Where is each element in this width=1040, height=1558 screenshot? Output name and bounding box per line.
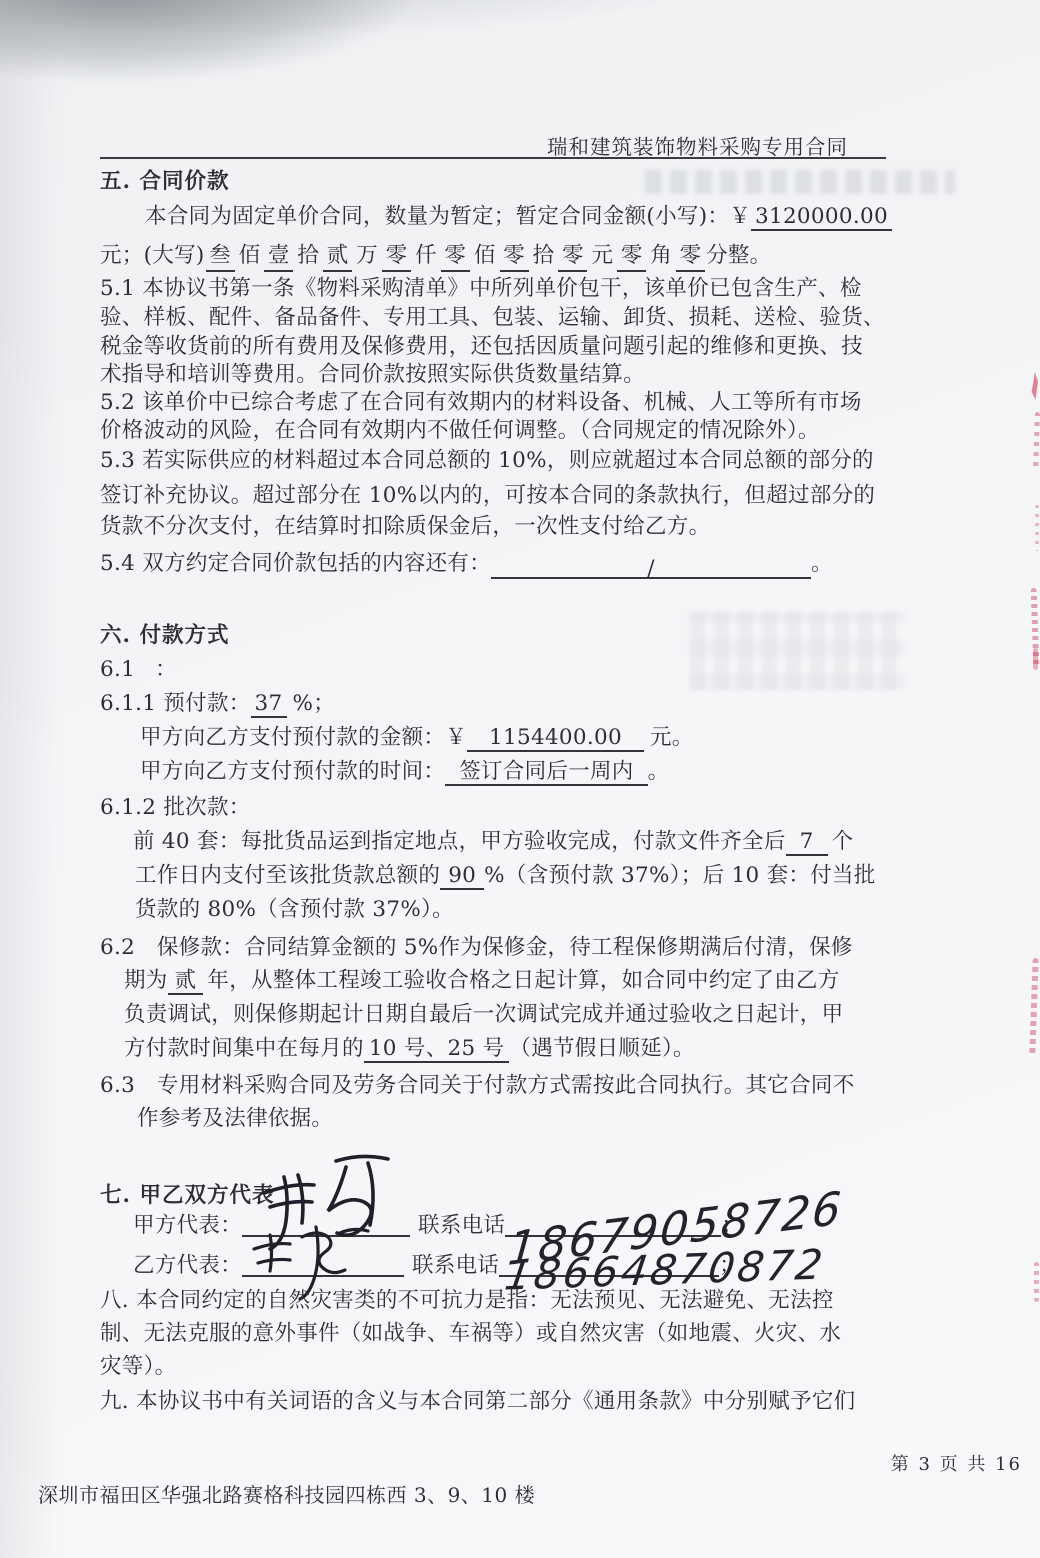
intro-text: 本合同为固定单价合同，数量为暂定；暂定合同金额(小写)： <box>145 204 729 229</box>
batch-text: 工作日内支付至该批货款总额的 <box>135 863 440 888</box>
party-a-phone-field: 18679058726 <box>505 1212 721 1237</box>
batch-text: 货款的 80%（含预付款 37%）。 <box>135 897 454 922</box>
page-number: 第 3 页 共 16 <box>0 1450 1022 1476</box>
period: 。 <box>648 759 670 784</box>
red-edge-mark <box>1030 372 1038 400</box>
prepay-time-label: 甲方向乙方支付预付款的时间： <box>140 759 445 784</box>
caps-unit: 元 <box>591 241 613 270</box>
caps-unit: 佰 <box>239 241 261 270</box>
caps-digit: 零 <box>500 241 529 272</box>
clause-5-1-line-3: 税金等收货前的所有费用及保修费用，还包括因质量问题引起的维修和更换、技 <box>100 332 900 361</box>
clause-5-4-line: 5.4 双方约定合同价款包括的内容还有：/。 <box>100 549 900 579</box>
period: 。 <box>811 551 833 576</box>
blank-field: / <box>491 554 811 579</box>
caps-unit: 万 <box>356 241 378 270</box>
clause-8-line-2: 制、无法克服的意外事件（如战争、车祸等）或自然灾害（如地震、火灾、水 <box>100 1319 900 1348</box>
batch-percent-value: 90 <box>440 863 484 890</box>
red-edge-mark <box>1033 412 1040 472</box>
prepay-amount-unit: 元。 <box>650 725 694 750</box>
red-edge-mark <box>1033 648 1038 670</box>
caps-unit: 拾 <box>297 241 319 270</box>
party-b-phone-label: 联系电话 <box>412 1253 499 1278</box>
warranty-text: 方付款时间集中在每月的 <box>124 1036 364 1061</box>
caps-digit: 零 <box>617 241 646 272</box>
prepay-time-line: 甲方向乙方支付预付款的时间：签订合同后一周内。 <box>100 757 900 786</box>
clause-5-2-line-2: 价格波动的风险，在合同有效期内不做任何调整。（合同规定的情况除外）。 <box>100 416 900 445</box>
caps-digit: 贰 <box>323 241 352 272</box>
clause-6-1-1-line: 6.1.1 预付款：37%； <box>100 689 900 718</box>
header-divider-line <box>100 157 886 159</box>
scanned-contract-page: 瑞和建筑装饰物料采购专用合同 五. 合同价款 本合同为固定单价合同，数量为暂定；… <box>0 0 1040 1558</box>
caps-digit: 叁 <box>206 241 235 272</box>
batch-text: 前 40 套：每批货品运到指定地点，甲方验收完成，付款文件齐全后 <box>133 829 786 854</box>
red-edge-mark <box>1031 588 1040 666</box>
footer-address: 深圳市福田区华强北路赛格科技园四栋西 3、9、10 楼 <box>38 1479 535 1508</box>
batch-payment-line-3: 货款的 80%（含预付款 37%）。 <box>100 895 900 924</box>
contract-amount-numeric: 3120000.00 <box>751 204 892 231</box>
party-b-phone-handwritten: 18664870872 <box>503 1250 827 1290</box>
clause-6-2-line-3: 负责调试，则保修期起计日期自最后一次调试完成并通过验收之日起计，甲 <box>100 1000 900 1029</box>
clause-6-3-line-1: 6.3 专用材料采购合同及劳务合同关于付款方式需按此合同执行。其它合同不 <box>100 1071 900 1100</box>
clause-number: 6.1 <box>100 657 135 682</box>
batch-unit: 个 <box>832 829 854 854</box>
party-b-phone-field: 18664870872 <box>499 1252 719 1277</box>
prepay-amount-line: 甲方向乙方支付预付款的金额：￥1154400.00元。 <box>100 723 900 752</box>
prepay-time-value: 签订合同后一周内 <box>445 759 647 786</box>
warranty-text: 负责调试，则保修期起计日期自最后一次调试完成并通过验收之日起计，甲 <box>124 1002 843 1027</box>
warranty-years-value: 贰 <box>168 968 204 995</box>
percent-suffix: %； <box>293 691 336 716</box>
clause-text: 作参考及法律依据。 <box>137 1106 333 1131</box>
caps-digit: 零 <box>558 241 587 272</box>
clause-5-amount-in-words: 元；(大写)叁佰壹拾贰万零仟零佰零拾零元零角零分整。 <box>100 241 900 272</box>
prepay-percent: 37 <box>251 691 287 718</box>
slash-placeholder: / <box>647 556 655 581</box>
clause-5-3-line-2: 签订补充协议。超过部分在 10%以内的，可按本合同的条款执行，但超过部分的 <box>100 481 900 510</box>
section-6-heading: 六. 付款方式 <box>100 621 900 650</box>
clause-5-1-line-2: 验、样板、配件、备品备件、专用工具、包装、运输、卸货、损耗、送检、验货、 <box>100 303 900 332</box>
caps-digit: 零 <box>676 241 705 272</box>
red-edge-mark <box>1035 505 1039 551</box>
warranty-text: 期为 <box>124 968 168 993</box>
clause-6-2-line-2: 期为贰年，从整体工程竣工验收合格之日起计算，如合同中约定了由乙方 <box>100 966 900 995</box>
clause-6-2-line-4: 方付款时间集中在每月的10 号、25 号（遇节假日顺延）。 <box>100 1034 900 1063</box>
clause-6-1-2-line: 6.1.2 批次款： <box>100 793 900 822</box>
colon: ： <box>155 657 177 682</box>
party-a-row: 甲方代表：联系电话18679058726； <box>100 1211 900 1240</box>
party-b-signature-field <box>242 1252 404 1277</box>
prepay-amount-label: 甲方向乙方支付预付款的金额：￥ <box>140 725 467 750</box>
caps-digit: 零 <box>441 241 470 272</box>
caps-unit: 仟 <box>415 241 437 270</box>
clause-5-2-line-1: 5.2 该单价中已综合考虑了在合同有效期内的材料设备、机械、人工等所有市场 <box>100 388 900 417</box>
caps-tail: 分整。 <box>706 243 771 268</box>
clause-6-1-line: 6.1： <box>100 655 900 684</box>
clause-6-3-line-2: 作参考及法律依据。 <box>100 1104 900 1133</box>
batch-days-value: 7 <box>786 829 828 856</box>
caps-unit: 拾 <box>533 241 555 270</box>
party-a-label: 甲方代表： <box>133 1213 242 1238</box>
caps-prefix: 元；(大写) <box>100 243 205 268</box>
party-b-row: 乙方代表：联系电话18664870872； <box>100 1251 900 1280</box>
clause-5-4-label: 5.4 双方约定合同价款包括的内容还有： <box>100 551 491 576</box>
clause-5-intro-line-1: 本合同为固定单价合同，数量为暂定；暂定合同金额(小写)：￥3120000.00 <box>100 202 900 231</box>
clause-5-3-line-1: 5.3 若实际供应的材料超过本合同总额的 10%，则应就超过本合同总额的部分的 <box>100 446 900 475</box>
clause-6-2-line-1: 6.2 保修款：合同结算金额的 5%作为保修金，待工程保修期满后付清，保修 <box>100 933 900 962</box>
warranty-text: 年，从整体工程竣工验收合格之日起计算，如合同中约定了由乙方 <box>207 968 839 993</box>
party-b-label: 乙方代表： <box>133 1253 242 1278</box>
caps-unit: 佰 <box>474 241 496 270</box>
clause-5-3-line-3: 货款不分次支付，在结算时扣除质保金后，一次性支付给乙方。 <box>100 512 900 541</box>
batch-payment-line-2: 工作日内支付至该批货款总额的90%（含预付款 37%）；后 10 套：付当批 <box>100 861 900 890</box>
scan-left-edge-shade <box>0 0 60 1558</box>
batch-text: %（含预付款 37%）；后 10 套：付当批 <box>484 863 875 888</box>
batch-payment-line-1: 前 40 套：每批货品运到指定地点，甲方验收完成，付款文件齐全后7个 <box>100 827 900 856</box>
document-header-title: 瑞和建筑装饰物料采购专用合同 <box>100 130 848 160</box>
section-5-heading: 五. 合同价款 <box>100 167 900 196</box>
clause-5-1-line-1: 5.1 本协议书第一条《物料采购清单》中所列单价包干，该单价已包含生产、检 <box>100 274 900 303</box>
clause-9-line: 九. 本协议书中有关词语的含义与本合同第二部分《通用条款》中分别赋予它们 <box>100 1387 900 1416</box>
payment-dates-value: 10 号、25 号 <box>364 1036 510 1063</box>
caps-digit: 壹 <box>264 241 293 272</box>
warranty-text: （遇节假日顺延）。 <box>509 1036 694 1061</box>
clause-5-1-line-4: 术指导和培训等费用。合同价款按照实际供货数量结算。 <box>100 360 900 389</box>
clause-8-line-3: 灾等）。 <box>100 1352 900 1381</box>
currency-symbol: ￥ <box>729 204 751 229</box>
red-edge-mark <box>1034 1262 1039 1302</box>
caps-digit: 零 <box>382 241 411 272</box>
caps-unit: 角 <box>650 241 672 270</box>
prepay-label: 6.1.1 预付款： <box>100 691 251 716</box>
red-edge-mark <box>1029 958 1038 1054</box>
party-a-phone-label: 联系电话 <box>418 1213 505 1238</box>
prepay-amount-value: 1154400.00 <box>467 725 644 752</box>
clause-8-line-1: 八. 本合同约定的自然灾害类的不可抗力是指：无法预见、无法避免、无法控 <box>100 1286 900 1315</box>
